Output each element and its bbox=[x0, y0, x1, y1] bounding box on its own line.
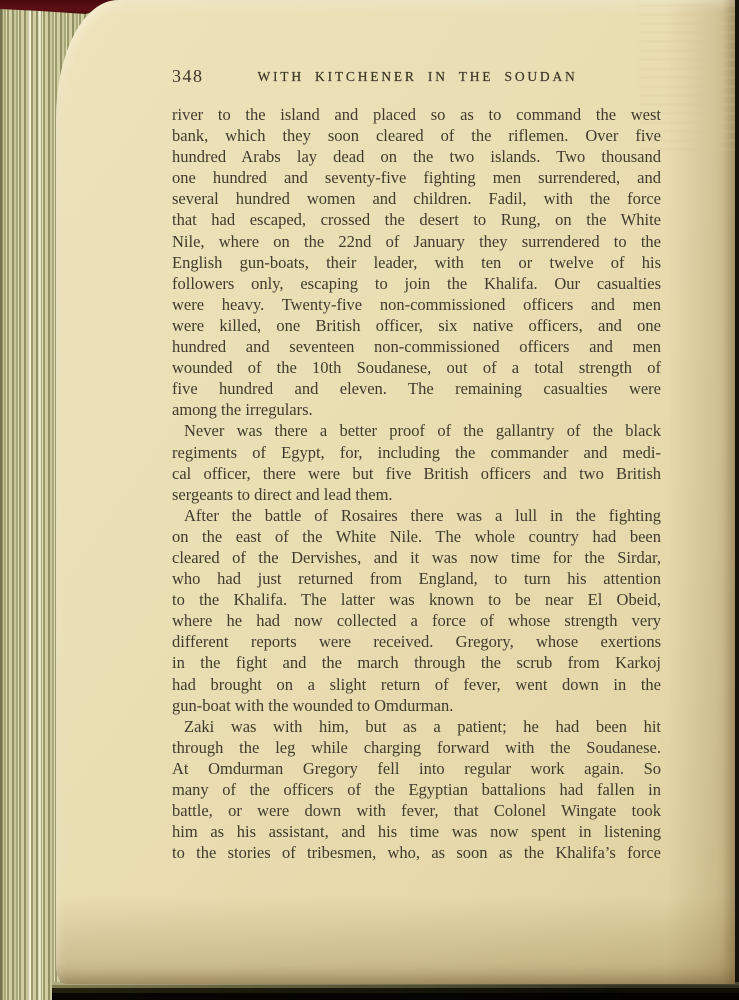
paragraph: Never was there a better proof of the ga… bbox=[172, 420, 661, 504]
text-line: regiments of Egypt, for, including the c… bbox=[172, 442, 661, 463]
paragraph: Zaki was with him, but as a patient; he … bbox=[172, 716, 661, 864]
text-line: among the irregulars. bbox=[172, 399, 661, 420]
text-line: hundred and seventeen non-commissioned o… bbox=[172, 336, 661, 357]
text-line: many of the officers of the Egyptian bat… bbox=[172, 779, 661, 800]
paragraph: river to the island and placed so as to … bbox=[172, 104, 661, 420]
text-line: had brought on a slight return of fever,… bbox=[172, 674, 661, 695]
text-line: different reports were received. Gregory… bbox=[172, 631, 661, 652]
text-line: to the Khalifa. The latter was known to … bbox=[172, 589, 661, 610]
text-line: cal officer, there were but five British… bbox=[172, 463, 661, 484]
text-line: through the leg while charging forward w… bbox=[172, 737, 661, 758]
book-scan: 348 WITH KITCHENER IN THE SOUDAN river t… bbox=[0, 0, 739, 1000]
text-line: English gun-boats, their leader, with te… bbox=[172, 252, 661, 273]
text-line: were killed, one British officer, six na… bbox=[172, 315, 661, 336]
text-line: Nile, where on the 22nd of January they … bbox=[172, 231, 661, 252]
text-line: where he had now collected a force of wh… bbox=[172, 610, 661, 631]
book-page: 348 WITH KITCHENER IN THE SOUDAN river t… bbox=[56, 0, 735, 984]
text-line: Never was there a better proof of the ga… bbox=[172, 420, 661, 441]
text-block: river to the island and placed so as to … bbox=[172, 104, 661, 863]
text-line: to the stories of tribesmen, who, as soo… bbox=[172, 842, 661, 863]
text-line: hundred Arabs lay dead on the two island… bbox=[172, 146, 661, 167]
bottom-page-edges bbox=[52, 982, 739, 1000]
text-line: river to the island and placed so as to … bbox=[172, 104, 661, 125]
text-line: sergeants to direct and lead them. bbox=[172, 484, 661, 505]
text-line: followers only, escaping to join the Kha… bbox=[172, 273, 661, 294]
text-line: bank, which they soon cleared of the rif… bbox=[172, 125, 661, 146]
text-line: in the fight and the march through the s… bbox=[172, 652, 661, 673]
text-line: At Omdurman Gregory fell into regular wo… bbox=[172, 758, 661, 779]
text-line: on the east of the White Nile. The whole… bbox=[172, 526, 661, 547]
text-line: Zaki was with him, but as a patient; he … bbox=[172, 716, 661, 737]
text-line: one hundred and seventy-five fighting me… bbox=[172, 167, 661, 188]
text-line: wounded of the 10th Soudanese, out of a … bbox=[172, 357, 661, 378]
text-line: After the battle of Rosaires there was a… bbox=[172, 505, 661, 526]
text-line: him as his assistant, and his time was n… bbox=[172, 821, 661, 842]
page-header: 348 WITH KITCHENER IN THE SOUDAN bbox=[172, 66, 663, 90]
text-line: who had just returned from England, to t… bbox=[172, 568, 661, 589]
text-line: several hundred women and children. Fadi… bbox=[172, 188, 661, 209]
text-line: battle, or were down with fever, that Co… bbox=[172, 800, 661, 821]
text-line: were heavy. Twenty-five non-commissioned… bbox=[172, 294, 661, 315]
text-line: gun-boat with the wounded to Omdurman. bbox=[172, 695, 661, 716]
running-title: WITH KITCHENER IN THE SOUDAN bbox=[172, 69, 663, 85]
text-line: that had escaped, crossed the desert to … bbox=[172, 209, 661, 230]
text-line: cleared of the Dervishes, and it was now… bbox=[172, 547, 661, 568]
text-line: five hundred and eleven. The remaining c… bbox=[172, 378, 661, 399]
paragraph: After the battle of Rosaires there was a… bbox=[172, 505, 661, 716]
